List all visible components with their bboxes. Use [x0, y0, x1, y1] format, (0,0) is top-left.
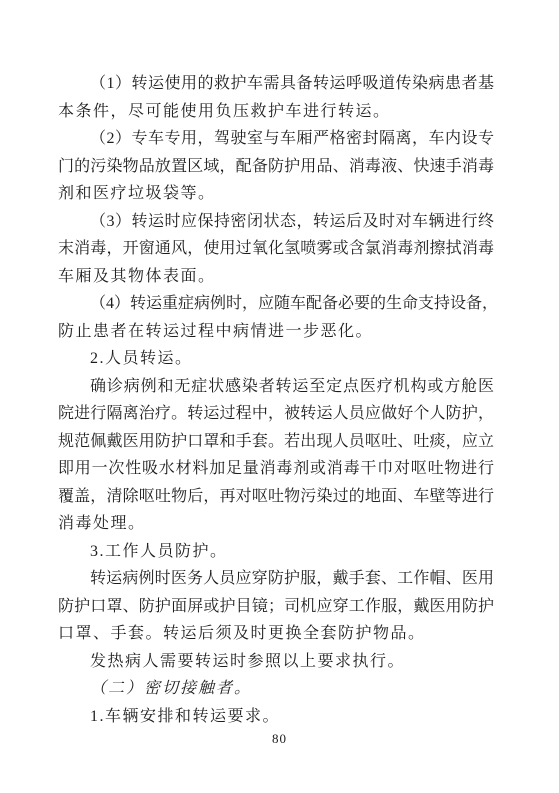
text-line: 发热病人需要转运时参照以上要求执行。 [58, 648, 494, 676]
text-line: 车厢及其物体表面。 [58, 263, 494, 291]
text-line: （4）转运重症病例时，应随车配备必要的生命支持设备， [58, 290, 494, 318]
text-line: 本条件，尽可能使用负压救护车进行转运。 [58, 98, 494, 126]
paragraph: 1.车辆安排和转运要求。 [58, 703, 494, 731]
text-line: 院进行隔离治疗。转运过程中，被转运人员应做好个人防护， [58, 400, 494, 428]
paragraph: （2）专车专用，驾驶室与车厢严格密封隔离，车内设专门的污染物品放置区域，配备防护… [58, 125, 494, 208]
paragraph: 3.工作人员防护。 [58, 538, 494, 566]
text-line: （2）专车专用，驾驶室与车厢严格密封隔离，车内设专 [58, 125, 494, 153]
text-line: 防护口罩、防护面屏或护目镜；司机应穿工作服，戴医用防护 [58, 593, 494, 621]
text-line: 覆盖，清除呕吐物后，再对呕吐物污染过的地面、车壁等进行 [58, 483, 494, 511]
page-number: 80 [0, 729, 559, 749]
text-line: 末消毒，开窗通风，使用过氧化氢喷雾或含氯消毒剂擦拭消毒 [58, 235, 494, 263]
text-line: 规范佩戴医用防护口罩和手套。若出现人员呕吐、吐痰，应立 [58, 428, 494, 456]
text-line: 防止患者在转运过程中病情进一步恶化。 [58, 318, 494, 346]
paragraph: 转运病例时医务人员应穿防护服，戴手套、工作帽、医用防护口罩、防护面屏或护目镜；司… [58, 565, 494, 648]
text-line: 口罩、手套。转运后须及时更换全套防护物品。 [58, 620, 494, 648]
paragraph: （3）转运时应保持密闭状态，转运后及时对车辆进行终末消毒，开窗通风，使用过氧化氢… [58, 208, 494, 291]
text-line: 确诊病例和无症状感染者转运至定点医疗机构或方舱医 [58, 373, 494, 401]
document-page: （1）转运使用的救护车需具备转运呼吸道传染病患者基本条件，尽可能使用负压救护车进… [0, 0, 559, 793]
text-line: （1）转运使用的救护车需具备转运呼吸道传染病患者基 [58, 70, 494, 98]
text-line: （二）密切接触者。 [58, 675, 494, 703]
paragraph: 发热病人需要转运时参照以上要求执行。 [58, 648, 494, 676]
text-line: 门的污染物品放置区域，配备防护用品、消毒液、快速手消毒 [58, 153, 494, 181]
section-heading-paragraph: （二）密切接触者。 [58, 675, 494, 703]
text-line: （3）转运时应保持密闭状态，转运后及时对车辆进行终 [58, 208, 494, 236]
text-line: 即用一次性吸水材料加足量消毒剂或消毒干巾对呕吐物进行 [58, 455, 494, 483]
text-block: （1）转运使用的救护车需具备转运呼吸道传染病患者基本条件，尽可能使用负压救护车进… [58, 70, 494, 730]
text-line: 3.工作人员防护。 [58, 538, 494, 566]
paragraph: 2.人员转运。 [58, 345, 494, 373]
text-line: 2.人员转运。 [58, 345, 494, 373]
paragraph: （1）转运使用的救护车需具备转运呼吸道传染病患者基本条件，尽可能使用负压救护车进… [58, 70, 494, 125]
text-line: 转运病例时医务人员应穿防护服，戴手套、工作帽、医用 [58, 565, 494, 593]
text-line: 1.车辆安排和转运要求。 [58, 703, 494, 731]
text-line: 消毒处理。 [58, 510, 494, 538]
text-line: 剂和医疗垃圾袋等。 [58, 180, 494, 208]
paragraph: （4）转运重症病例时，应随车配备必要的生命支持设备，防止患者在转运过程中病情进一… [58, 290, 494, 345]
paragraph: 确诊病例和无症状感染者转运至定点医疗机构或方舱医院进行隔离治疗。转运过程中，被转… [58, 373, 494, 538]
